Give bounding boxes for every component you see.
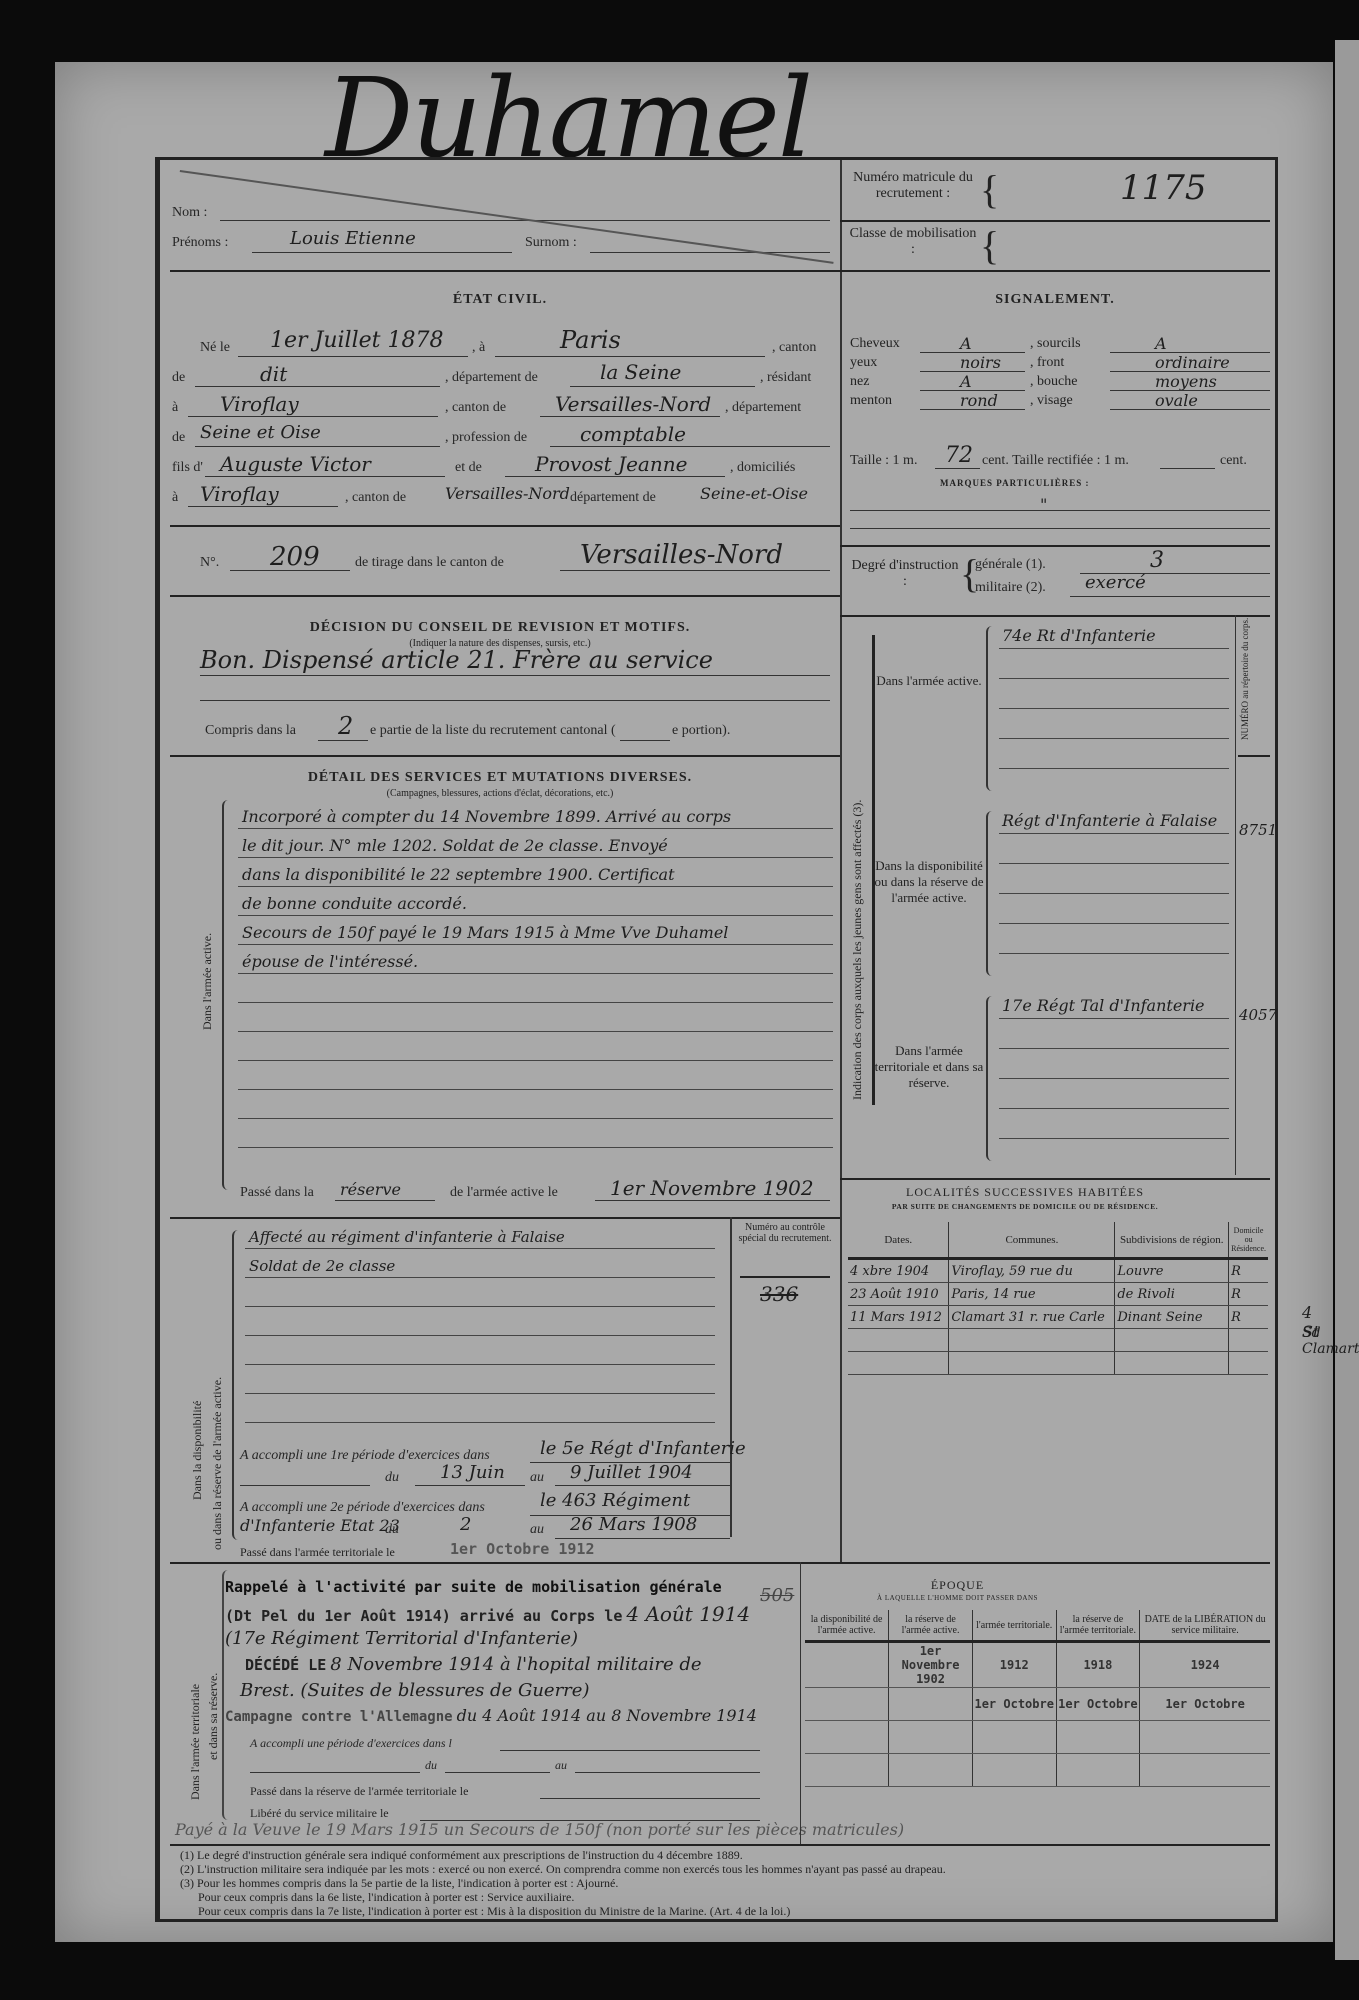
divider <box>1110 409 1270 410</box>
localites-cell-commune <box>949 1329 1115 1352</box>
localites-row: 4 xbre 1904Viroflay, 59 rue duLouvreR <box>848 1259 1268 1283</box>
matricule-number: 1175 <box>1120 168 1207 208</box>
service-line-text: Secours de 150f payé le 19 Mars 1915 à M… <box>242 923 728 942</box>
divider <box>170 595 840 597</box>
divider <box>840 220 1270 222</box>
brace <box>232 1230 242 1540</box>
prenoms-label: Prénoms : <box>172 235 228 251</box>
localites-cell-commune: Clamart 31 r. rue Carle <box>949 1306 1115 1329</box>
localites-column-header: Dates. <box>848 1222 949 1259</box>
service-line-text: le dit jour. N° mle 1202. Soldat de 2e c… <box>242 836 668 855</box>
epoque-cell: 1er Novembre 1902 <box>889 1642 973 1688</box>
affectation-value: 74e Rt d'Infanterie <box>1002 626 1232 646</box>
footnote: (2) L'instruction militaire sera indiqué… <box>180 1862 1260 1876</box>
periode2-du: 2 <box>460 1514 471 1535</box>
disponibilite-line <box>245 1307 715 1336</box>
num-controle: 336 <box>760 1282 798 1306</box>
signalement-label-2: , bouche <box>1030 374 1077 390</box>
decede-text: 8 Novembre 1914 à l'hopital militaire de <box>330 1654 701 1675</box>
ne-le-label: Né le <box>200 340 230 356</box>
periode2-du-label: du <box>385 1522 399 1538</box>
localites-cell-commune <box>949 1352 1115 1375</box>
service-line <box>238 1003 833 1032</box>
fils-label: fils d' <box>172 460 203 476</box>
signalement-label-2: , front <box>1030 355 1064 371</box>
taille-value: 72 <box>945 443 973 468</box>
classe-label: Classe de mobilisation : <box>848 226 978 258</box>
epoque-cell <box>972 1754 1056 1787</box>
divider <box>920 409 1025 410</box>
periode-label: A accompli une période d'exercices dans … <box>250 1736 452 1751</box>
marques-label: MARQUES PARTICULIÈRES : <box>940 478 1090 488</box>
rappel-stamp-line1: Rappelé à l'activité par suite de mobili… <box>225 1578 722 1596</box>
residence-dept: Seine et Oise <box>200 422 321 443</box>
affectation-value: 17e Régt Tal d'Infanterie <box>1002 996 1232 1016</box>
epoque-cell <box>805 1642 889 1688</box>
service-line <box>238 1032 833 1061</box>
localites-cell-subdivision: Dinant Seine <box>1115 1306 1229 1329</box>
signalement-value-2: ordinaire <box>1155 353 1230 372</box>
epoque-row: 1er Novembre 1902191219181924 <box>805 1642 1270 1688</box>
signalement-label: menton <box>850 393 892 409</box>
affectation-line <box>999 1108 1229 1109</box>
margin-note-2: Sd Clamart. <box>1302 1325 1359 1357</box>
affectation-line <box>999 833 1229 834</box>
campagne-stamp: Campagne contre l'Allemagne <box>225 1709 453 1725</box>
localites-cell-dr: R <box>1229 1306 1268 1329</box>
epoque-cell <box>805 1721 889 1754</box>
footnote: (3) Pour les hommes compris dans la 5e p… <box>180 1876 1260 1890</box>
parents-residence: Viroflay <box>200 482 279 506</box>
birth-date-line <box>238 356 468 357</box>
localites-cell-date: 11 Mars 1912 <box>848 1306 949 1329</box>
profession-line <box>550 446 830 447</box>
affectation-line <box>999 708 1229 709</box>
localites-column-header: Domicile ou Résidence. <box>1229 1222 1268 1259</box>
register-page: Duhamel Nom : Prénoms : Louis Etienne Su… <box>55 62 1333 1942</box>
service-line-text: épouse de l'intéressé. <box>242 952 418 971</box>
epoque-cell <box>805 1754 889 1787</box>
signalement-value-2: ovale <box>1155 391 1198 410</box>
parents-canton: Versailles-Nord <box>445 484 570 503</box>
brace <box>986 626 994 791</box>
compris-label: Compris dans la <box>205 723 296 739</box>
epoque-column-header: la réserve de l'armée territoriale. <box>1056 1610 1140 1642</box>
portion-line <box>620 740 670 741</box>
signalement-label: nez <box>850 374 869 390</box>
passe-suffix: de l'armée active le <box>450 1185 558 1201</box>
localites-cell-subdivision <box>1115 1329 1229 1352</box>
service-line: de bonne conduite accordé. <box>238 887 833 916</box>
localites-cell-subdivision: Louvre <box>1115 1259 1229 1283</box>
epoque-cell <box>972 1721 1056 1754</box>
passe-label: Passé dans la <box>240 1185 314 1201</box>
disponibilite-line: Soldat de 2e classe <box>245 1249 715 1278</box>
disponibilite-line-text: Soldat de 2e classe <box>249 1257 395 1275</box>
prenoms-line <box>252 252 512 253</box>
portion-suffix: e portion). <box>672 723 730 739</box>
divider <box>840 615 1270 617</box>
divider <box>170 1217 840 1219</box>
signalement-value: A <box>960 372 972 391</box>
epoque-cell: 1912 <box>972 1642 1056 1688</box>
du-label: du <box>425 1758 437 1773</box>
signalement-label: Cheveux <box>850 336 900 352</box>
marques-line <box>850 510 1270 511</box>
au-line <box>575 1772 760 1773</box>
taille-line <box>935 468 980 469</box>
passe-date-line <box>595 1200 830 1201</box>
rappel-stamp-line2: (Dt Pel du 1er Août 1914) arrivé au Corp… <box>225 1607 622 1625</box>
epoque-column-header: la disponibilité de l'armée active. <box>805 1610 889 1642</box>
localites-cell-dr: R <box>1229 1283 1268 1306</box>
campagne-dates: du 4 Août 1914 au 8 Novembre 1914 <box>457 1706 757 1725</box>
localites-header-row: Dates.Communes.Subdivisions de région.Do… <box>848 1222 1268 1259</box>
territoriale-side-label-1: Dans l'armée territoriale <box>188 1684 203 1800</box>
father-line <box>205 476 445 477</box>
partie-number: 2 <box>338 712 353 740</box>
instruction-line <box>1070 596 1270 597</box>
disponibilite-lines: Affecté au régiment d'infanterie à Falai… <box>245 1220 715 1423</box>
epoque-cell <box>1056 1754 1140 1787</box>
surnom-label: Surnom : <box>525 235 577 251</box>
localites-cell-date <box>848 1329 949 1352</box>
profession-label: , profession de <box>445 430 527 446</box>
profession: comptable <box>580 422 686 446</box>
epoque-table: la disponibilité de l'armée active.la ré… <box>805 1610 1270 1787</box>
localites-row <box>848 1352 1268 1375</box>
service-line: Secours de 150f payé le 19 Mars 1915 à M… <box>238 916 833 945</box>
service-line-text: Incorporé à compter du 14 Novembre 1899.… <box>242 807 731 826</box>
birth-canton-line <box>195 386 440 387</box>
instruction-generale: 3 <box>1150 548 1164 573</box>
residence-canton: Versailles-Nord <box>555 392 711 416</box>
residence-canton-line <box>540 416 720 417</box>
localites-cell-date: 23 Août 1910 <box>848 1283 949 1306</box>
du-line <box>445 1772 550 1773</box>
affectation-line <box>999 1078 1229 1079</box>
instruction-label: Degré d'instruction : <box>850 558 960 590</box>
epoque-cell: 1er Octobre <box>1056 1688 1140 1721</box>
decision-title: DÉCISION DU CONSEIL DE REVISION ET MOTIF… <box>160 620 840 636</box>
affectation-label: Dans l'armée territoriale et dans sa rés… <box>874 1043 984 1091</box>
localites-cell-dr: R <box>1229 1259 1268 1283</box>
matricule-label: Numéro matricule du recrutement : <box>848 170 978 202</box>
divider <box>170 270 840 272</box>
marques-line <box>850 528 1270 529</box>
periode-line <box>500 1750 760 1751</box>
signalement-value: rond <box>960 391 998 410</box>
epoque-cell: 1924 <box>1140 1642 1270 1688</box>
localites-cell-commune: Paris, 14 rue <box>949 1283 1115 1306</box>
birth-date: 1er Juillet 1878 <box>270 328 443 353</box>
mother-line <box>505 476 725 477</box>
affectation-line <box>999 768 1229 769</box>
parents-residence-line <box>188 506 338 507</box>
footnote: Pour ceux compris dans la 7e liste, l'in… <box>180 1904 1260 1918</box>
localites-table: Dates.Communes.Subdivisions de région.Do… <box>848 1222 1268 1375</box>
libere-label: Libéré du service militaire le <box>250 1806 389 1821</box>
periode2-corps: le 463 Régiment <box>540 1490 690 1511</box>
brace <box>986 996 994 1161</box>
residence-dept-label: , département <box>725 400 801 416</box>
brace: { <box>980 166 999 213</box>
epoque-title: ÉPOQUE <box>805 1578 1110 1593</box>
periode1-du: 13 Juin <box>440 1462 505 1483</box>
affectation-label: Dans l'armée active. <box>874 673 984 689</box>
partie-line <box>318 740 368 741</box>
epoque-column-header: l'armée territoriale. <box>972 1610 1056 1642</box>
num-controle-header: Numéro au contrôle spécial du recrutemen… <box>735 1222 835 1244</box>
surnom-line <box>590 252 830 253</box>
disponibilite-side-label-1: Dans la disponibilité <box>190 1401 205 1500</box>
territoriale-label: Passé dans l'armée territoriale le <box>240 1545 395 1560</box>
brace: { <box>980 222 999 269</box>
affectation-line <box>999 953 1229 954</box>
signalement-value: noirs <box>960 353 1001 372</box>
divider <box>170 525 840 527</box>
decision-line <box>200 700 830 701</box>
numero-cancelled: 505 <box>760 1585 794 1606</box>
localites-column-header: Communes. <box>949 1222 1115 1259</box>
cent-label: cent. <box>1220 453 1247 469</box>
residence: Viroflay <box>220 392 299 416</box>
affectation-value: Régt d'Infanterie à Falaise <box>1002 811 1232 831</box>
epoque-cell <box>1056 1721 1140 1754</box>
tirage-canton-line <box>560 570 830 571</box>
divider <box>170 1844 1270 1846</box>
birth-place: Paris <box>560 326 621 354</box>
secours-annotation: Payé à la Veuve le 19 Mars 1915 un Secou… <box>175 1820 904 1839</box>
campagne-line: Campagne contre l'Allemagne du 4 Août 19… <box>225 1706 785 1726</box>
rappel-line2: (Dt Pel du 1er Août 1914) arrivé au Corp… <box>225 1602 765 1626</box>
affectation-numero: 8751 <box>1239 821 1277 839</box>
marques-value: " <box>1040 495 1047 514</box>
affectation-label: Dans la disponibilité ou dans la réserve… <box>874 858 984 906</box>
periode2-line <box>555 1538 730 1539</box>
epoque-cell: 1918 <box>1056 1642 1140 1688</box>
signalement-label-2: , visage <box>1030 393 1073 409</box>
signalement-value-2: A <box>1155 334 1167 353</box>
footnote: (1) Le degré d'instruction générale sera… <box>180 1848 1260 1862</box>
epoque-row <box>805 1721 1270 1754</box>
passe-date: 1er Novembre 1902 <box>610 1176 814 1200</box>
service-line-text: dans la disponibilité le 22 septembre 19… <box>242 865 675 884</box>
divider <box>170 755 840 757</box>
services-title: DÉTAIL DES SERVICES ET MUTATIONS DIVERSE… <box>160 770 840 786</box>
periode2-label: A accompli une 2e période d'exercices da… <box>240 1500 485 1516</box>
affectations-sections: Dans l'armée active.74e Rt d'InfanterieD… <box>874 618 1272 1173</box>
residence-dept-prefix: de <box>172 430 185 446</box>
decede-stamp: DÉCÉDÉ LE <box>245 1656 326 1674</box>
localites-subtitle: PAR SUITE DE CHANGEMENTS DE DOMICILE OU … <box>840 1202 1210 1211</box>
residence-line <box>188 416 438 417</box>
territoriale-side-label-2: et dans sa réserve. <box>206 1673 221 1760</box>
affectation-line <box>999 1138 1229 1139</box>
tirage-canton: Versailles-Nord <box>580 540 783 570</box>
residence-canton-label: , canton de <box>445 400 506 416</box>
affectation-section: Dans l'armée active.74e Rt d'Infanterie <box>874 618 1272 803</box>
signalement-title: SIGNALEMENT. <box>840 292 1270 308</box>
brace <box>986 811 994 976</box>
epoque-row: 1er Octobre1er Octobre1er Octobre <box>805 1688 1270 1721</box>
birth-departement: la Seine <box>600 360 681 384</box>
service-line-text: de bonne conduite accordé. <box>242 894 467 913</box>
service-line: dans la disponibilité le 22 septembre 19… <box>238 858 833 887</box>
territoriale-date: 1er Octobre 1912 <box>450 1540 595 1558</box>
service-line <box>238 1119 833 1148</box>
divider <box>840 1178 1270 1180</box>
passe-value: réserve <box>340 1180 401 1199</box>
localites-row: 11 Mars 1912Clamart 31 r. rue CarleDinan… <box>848 1306 1268 1329</box>
disponibilite-line: Affecté au régiment d'infanterie à Falai… <box>245 1220 715 1249</box>
parents-dept: Seine-et-Oise <box>700 484 808 503</box>
departement-label: , département de <box>445 370 538 386</box>
signalement-row: nezA, bouchemoyens <box>850 374 1270 393</box>
affectation-line <box>999 678 1229 679</box>
signalement-row: mentonrond, visageovale <box>850 393 1270 412</box>
instruction-militaire: exercé <box>1085 572 1146 593</box>
signalement-rows: CheveuxA, sourcilsAyeuxnoirs, frontordin… <box>850 336 1270 412</box>
affectation-line <box>999 1018 1229 1019</box>
etat-civil-title: ÉTAT CIVIL. <box>160 292 840 308</box>
birth-place-line <box>495 356 765 357</box>
epoque-cell: 1er Octobre <box>972 1688 1056 1721</box>
signalement-label: yeux <box>850 355 877 371</box>
services-lines: Incorporé à compter du 14 Novembre 1899.… <box>238 800 833 1148</box>
parents-dept-label: département de <box>570 490 656 506</box>
parents-canton-label: , canton de <box>345 490 406 506</box>
epoque-row <box>805 1754 1270 1787</box>
birth-canton: dit <box>260 362 287 386</box>
disponibilite-line <box>245 1394 715 1423</box>
father-name: Auguste Victor <box>220 452 371 476</box>
affectations-side-label: Indication des corps auxquels les jeunes… <box>850 800 865 1100</box>
au-label: au <box>555 1758 567 1773</box>
periode1-au: 9 Juillet 1904 <box>570 1462 693 1483</box>
localites-row: 23 Août 1910Paris, 14 ruede RivoliR <box>848 1283 1268 1306</box>
divider <box>840 545 1270 547</box>
service-line: épouse de l'intéressé. <box>238 945 833 974</box>
rappel-arrival-date: 4 Août 1914 <box>626 1602 750 1626</box>
epoque-cell <box>1140 1721 1270 1754</box>
mother-name: Provost Jeanne <box>535 452 687 476</box>
divider <box>730 1217 732 1537</box>
footnote: Pour ceux compris dans la 6e liste, l'in… <box>180 1890 1260 1904</box>
signalement-label-2: , sourcils <box>1030 336 1081 352</box>
strike-line <box>180 170 834 264</box>
periode1-line <box>555 1485 730 1486</box>
divider <box>840 270 1270 272</box>
epoque-cell: 1er Octobre <box>1140 1688 1270 1721</box>
epoque-date-header: DATE de la LIBÉRATION du service militai… <box>1140 1610 1270 1642</box>
periode1-du-label: du <box>385 1470 399 1486</box>
residant-label: , résidant <box>760 370 811 386</box>
localites-cell-date: 4 xbre 1904 <box>848 1259 949 1283</box>
epoque-cell <box>889 1721 973 1754</box>
tirage-number: 209 <box>270 542 320 572</box>
tirage-no-label: N°. <box>200 555 219 571</box>
footnotes: (1) Le degré d'instruction générale sera… <box>180 1848 1260 1918</box>
adjacent-page-edge <box>1335 40 1359 1960</box>
localites-title: LOCALITÉS SUCCESSIVES HABITÉES <box>840 1185 1210 1200</box>
disponibilite-line <box>245 1365 715 1394</box>
service-line: Incorporé à compter du 14 Novembre 1899.… <box>238 800 833 829</box>
services-subtitle: (Campagnes, blessures, actions d'éclat, … <box>160 788 840 799</box>
localites-row <box>848 1329 1268 1352</box>
instruction-generale-label: générale (1). <box>975 557 1046 573</box>
disponibilite-line <box>245 1278 715 1307</box>
divider <box>740 1276 830 1278</box>
periode2-au: 26 Mars 1908 <box>570 1514 697 1535</box>
decision-text: Bon. Dispensé article 21. Frère au servi… <box>200 646 713 674</box>
domicilies-label: , domiciliés <box>730 460 795 476</box>
affectation-section: Dans l'armée territoriale et dans sa rés… <box>874 988 1272 1173</box>
periode2-au-label: au <box>530 1522 544 1538</box>
taille-rectifiee-line <box>1160 468 1215 469</box>
services-side-label: Dans l'armée active. <box>200 933 215 1030</box>
localites-cell-dr <box>1229 1329 1268 1352</box>
canton-label: , canton <box>772 340 816 356</box>
disponibilite-side-label-2: ou dans la réserve de l'armée active. <box>210 1377 225 1550</box>
affectation-line <box>999 738 1229 739</box>
et-de-label: et de <box>455 460 482 476</box>
column-divider <box>840 160 842 1562</box>
localites-cell-subdivision <box>1115 1352 1229 1375</box>
nom-label: Nom : <box>172 205 207 221</box>
de-label: de <box>172 370 185 386</box>
service-line <box>238 1061 833 1090</box>
epoque-header-row: la disponibilité de l'armée active.la ré… <box>805 1610 1270 1642</box>
epoque-column-header: la réserve de l'armée active. <box>889 1610 973 1642</box>
periode1-corps: le 5e Régt d'Infanterie <box>540 1438 746 1459</box>
divider <box>920 371 1025 372</box>
brace <box>222 800 232 1190</box>
signalement-value: A <box>960 334 972 353</box>
periode1-line <box>240 1485 370 1486</box>
reserve-label: Passé dans la réserve de l'armée territo… <box>250 1784 468 1799</box>
matricule-form: Nom : Prénoms : Louis Etienne Surnom : É… <box>155 157 1278 1922</box>
passe-line <box>335 1200 435 1201</box>
tirage-number-line <box>230 570 350 571</box>
service-line: le dit jour. N° mle 1202. Soldat de 2e c… <box>238 829 833 858</box>
service-line <box>238 1090 833 1119</box>
epoque-cell <box>1140 1754 1270 1787</box>
a-label: , à <box>472 340 485 356</box>
localites-column-header: Subdivisions de région. <box>1115 1222 1229 1259</box>
instruction-militaire-label: militaire (2). <box>975 580 1046 596</box>
decede-line: DÉCÉDÉ LE 8 Novembre 1914 à l'hopital mi… <box>245 1654 785 1675</box>
parents-a-label: à <box>172 490 178 506</box>
localites-cell-date <box>848 1352 949 1375</box>
affectation-line <box>999 1048 1229 1049</box>
taille-suffix: cent. Taille rectifiée : 1 m. <box>982 453 1129 469</box>
periode1-au-label: au <box>530 1470 544 1486</box>
periode2-prefix: d'Infanterie Etat 23 <box>240 1516 400 1535</box>
service-line <box>238 974 833 1003</box>
decede-cause: Brest. (Suites de blessures de Guerre) <box>240 1680 589 1701</box>
epoque-cell <box>805 1688 889 1721</box>
disponibilite-line-text: Affecté au régiment d'infanterie à Falai… <box>249 1228 565 1246</box>
divider <box>800 1562 801 1844</box>
decision-line <box>200 675 830 676</box>
tirage-label: de tirage dans le canton de <box>355 555 504 571</box>
residence-dept-line <box>195 446 440 447</box>
affectation-section: Dans la disponibilité ou dans la réserve… <box>874 803 1272 988</box>
residence-a-label: à <box>172 400 178 416</box>
prenoms-value: Louis Etienne <box>290 228 416 249</box>
affectation-line <box>999 923 1229 924</box>
